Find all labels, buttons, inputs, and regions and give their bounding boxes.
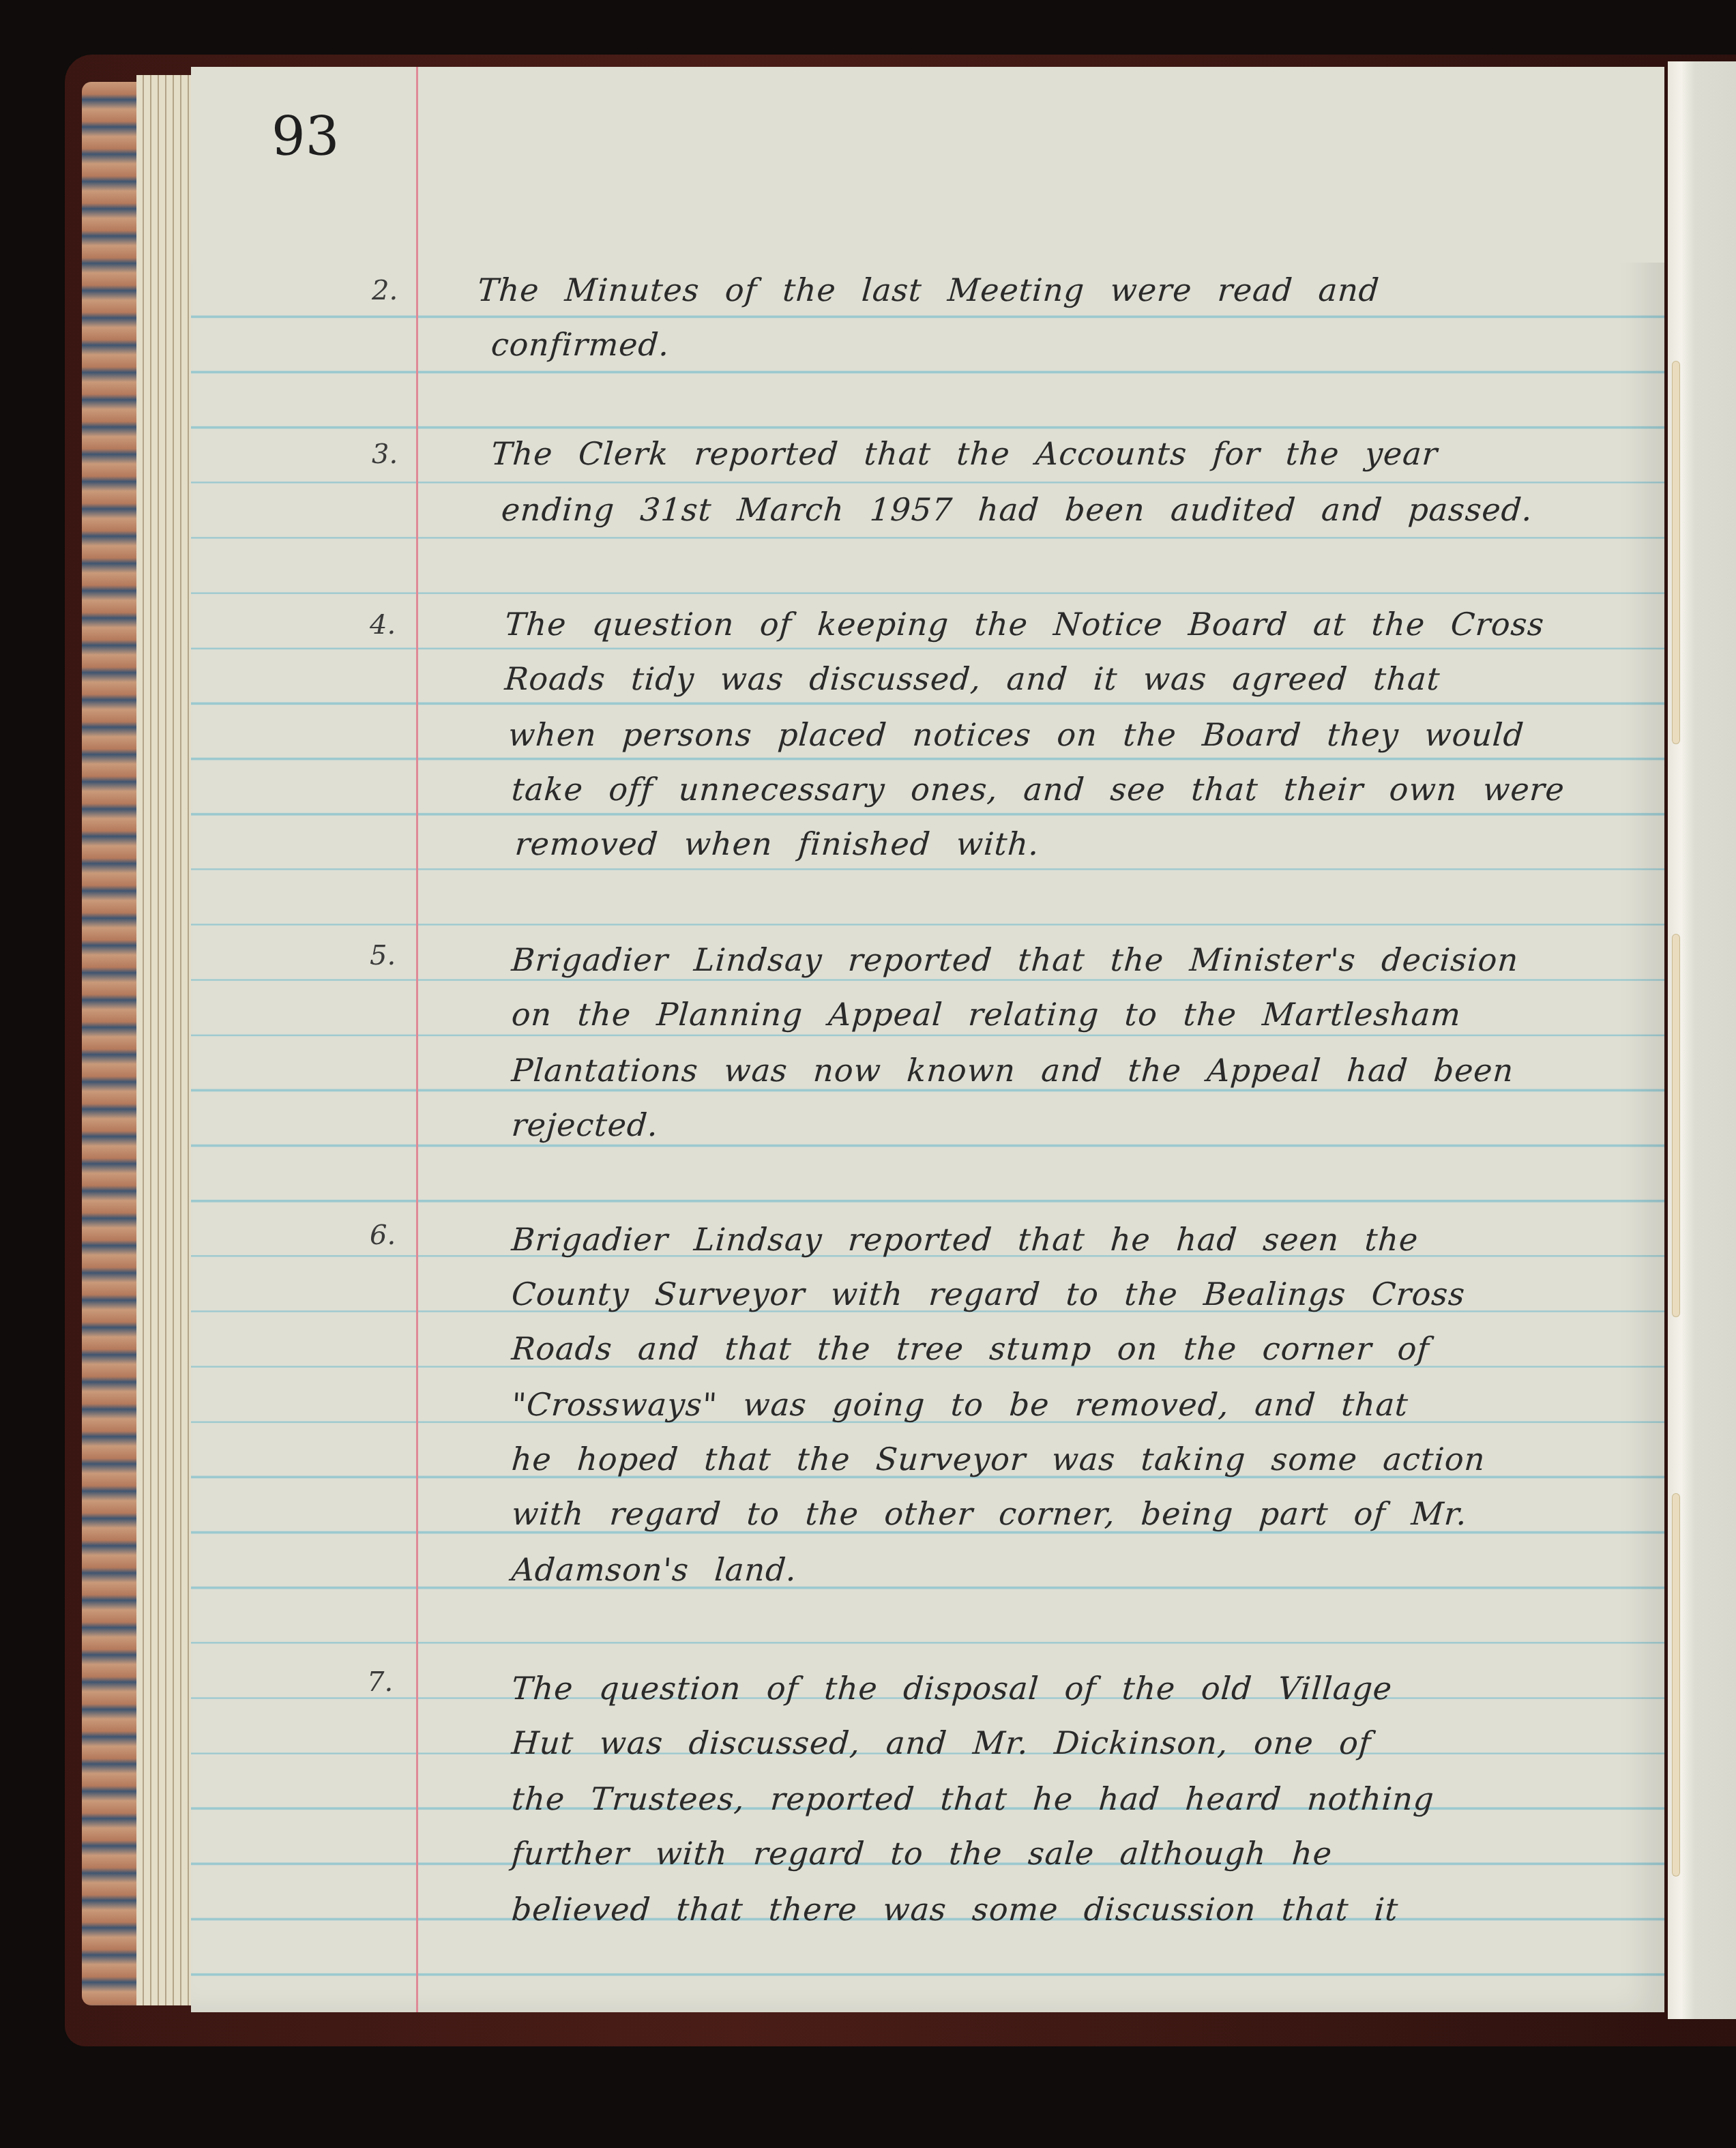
minute-line: The Minutes of the last Meeting were rea…: [476, 271, 1381, 308]
binding-thread: [1673, 1494, 1679, 1876]
minute-line: with regard to the other corner, being p…: [510, 1495, 1469, 1532]
minute-line: "Crossways" was going to be removed, and…: [510, 1386, 1409, 1423]
item-number: 7.: [367, 1666, 393, 1698]
minute-line: County Surveyor with regard to the Beali…: [510, 1276, 1467, 1312]
minute-line: The Clerk reported that the Accounts for…: [490, 435, 1439, 472]
page-stack: [136, 75, 198, 2005]
minute-line: Adamson's land.: [510, 1551, 798, 1588]
binding-thread: [1673, 935, 1679, 1316]
minute-line: The question of the disposal of the old …: [510, 1670, 1394, 1707]
minute-line: take off unnecessary ones, and see that …: [510, 771, 1566, 808]
minute-line: The question of keeping the Notice Board…: [503, 606, 1546, 643]
minute-line: on the Planning Appeal relating to the M…: [510, 996, 1462, 1033]
margin-rule: [416, 67, 418, 2012]
page-header-space: [191, 67, 1664, 263]
page-number: 93: [271, 106, 339, 168]
item-number: 4.: [370, 609, 396, 641]
minute-line: Hut was discussed, and Mr. Dickinson, on…: [510, 1724, 1372, 1761]
minute-line: Roads and that the tree stump on the cor…: [510, 1330, 1430, 1367]
item-number: 3.: [372, 439, 398, 470]
minute-line: ending 31st March 1957 had been audited …: [500, 491, 1534, 528]
minute-line: rejected.: [510, 1106, 660, 1143]
minute-line: Brigadier Lindsay reported that the Mini…: [510, 941, 1520, 978]
minute-line: Roads tidy was discussed, and it was agr…: [503, 660, 1441, 697]
minute-line: the Trustees, reported that he had heard…: [510, 1780, 1435, 1817]
minute-line: he hoped that the Surveyor was taking so…: [510, 1441, 1486, 1477]
minute-line: when persons placed notices on the Board…: [507, 716, 1525, 753]
item-number: 6.: [370, 1220, 396, 1251]
ledger-page: 93 2. The Minutes of the last Meeting we…: [191, 67, 1664, 2012]
minute-line: Brigadier Lindsay reported that he had s…: [510, 1221, 1419, 1258]
item-number: 5.: [370, 940, 396, 971]
binding-thread: [1673, 362, 1679, 744]
item-number: 2.: [372, 275, 398, 306]
minute-line: further with regard to the sale although…: [510, 1835, 1334, 1872]
minute-line: Plantations was now known and the Appeal…: [510, 1052, 1515, 1089]
minute-line: removed when finished with.: [514, 825, 1040, 862]
minute-line: believed that there was some discussion …: [510, 1891, 1400, 1928]
minute-line: confirmed.: [490, 326, 671, 363]
